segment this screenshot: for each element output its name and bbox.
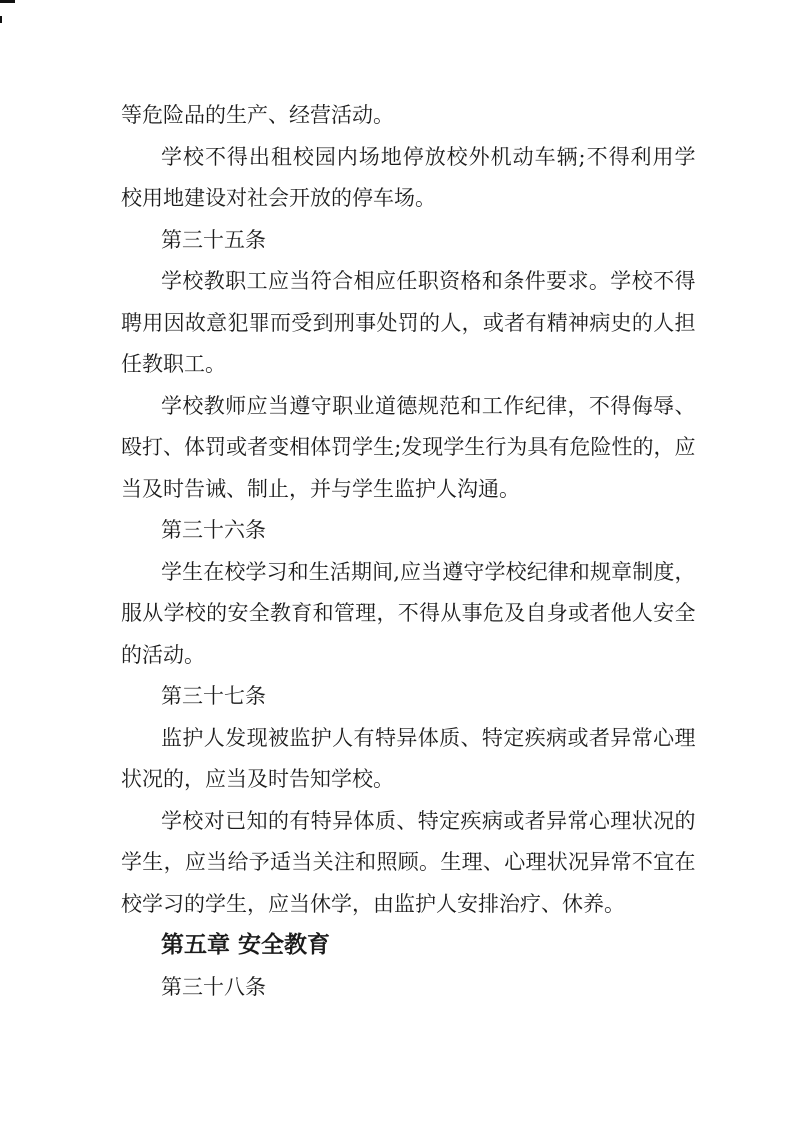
body-text-line: 任教职工。 xyxy=(121,344,695,386)
document-body: 等危险品的生产、经营活动。 学校不得出租校园内场地停放校外机动车辆;不得利用学 … xyxy=(121,95,695,1008)
body-text-line: 校用地建设对社会开放的停车场。 xyxy=(121,178,695,220)
body-text-line: 校学习的学生，应当休学，由监护人安排治疗、休养。 xyxy=(121,884,695,926)
article-35-heading: 第三十五条 xyxy=(121,220,695,262)
body-text-line: 状况的，应当及时告知学校。 xyxy=(121,759,695,801)
article-38-heading: 第三十八条 xyxy=(121,967,695,1009)
body-text-line: 当及时告诫、制止，并与学生监护人沟通。 xyxy=(121,469,695,511)
body-text-line: 学生在校学习和生活期间,应当遵守学校纪律和规章制度， xyxy=(121,552,695,594)
scan-artifact xyxy=(0,0,15,3)
body-text-line: 等危险品的生产、经营活动。 xyxy=(121,95,695,137)
body-text-line: 聘用因故意犯罪而受到刑事处罚的人，或者有精神病史的人担 xyxy=(121,303,695,345)
chapter-5-heading: 第五章 安全教育 xyxy=(121,925,695,967)
body-text-line: 学校不得出租校园内场地停放校外机动车辆;不得利用学 xyxy=(121,137,695,179)
body-text-line: 学校对已知的有特异体质、特定疾病或者异常心理状况的 xyxy=(121,801,695,843)
scan-artifact xyxy=(0,16,2,23)
article-37-heading: 第三十七条 xyxy=(121,676,695,718)
article-36-heading: 第三十六条 xyxy=(121,510,695,552)
body-text-line: 学校教职工应当符合相应任职资格和条件要求。学校不得 xyxy=(121,261,695,303)
body-text-line: 监护人发现被监护人有特异体质、特定疾病或者异常心理 xyxy=(121,718,695,760)
body-text-line: 学校教师应当遵守职业道德规范和工作纪律，不得侮辱、 xyxy=(121,386,695,428)
body-text-line: 服从学校的安全教育和管理，不得从事危及自身或者他人安全 xyxy=(121,593,695,635)
document-page: 等危险品的生产、经营活动。 学校不得出租校园内场地停放校外机动车辆;不得利用学 … xyxy=(0,0,793,1122)
body-text-line: 学生，应当给予适当关注和照顾。生理、心理状况异常不宜在 xyxy=(121,842,695,884)
body-text-line: 殴打、体罚或者变相体罚学生;发现学生行为具有危险性的，应 xyxy=(121,427,695,469)
body-text-line: 的活动。 xyxy=(121,635,695,677)
